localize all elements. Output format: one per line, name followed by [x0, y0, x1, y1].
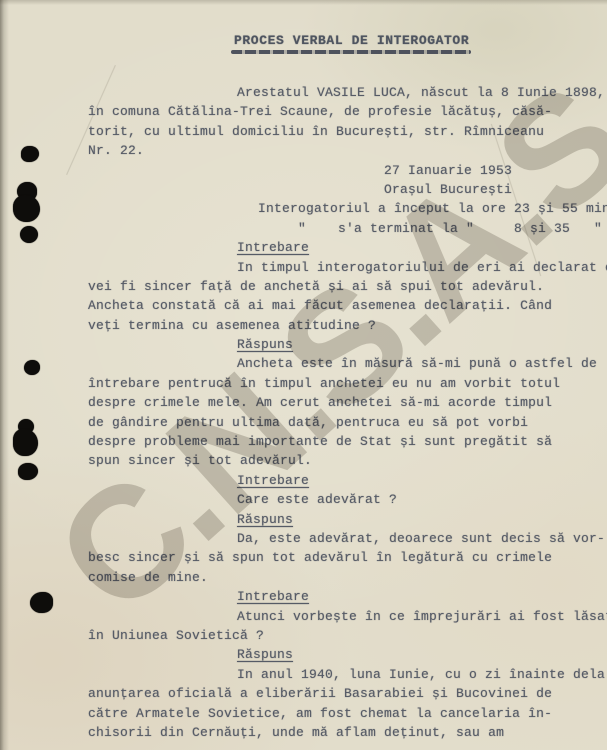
document-line: Orașul București [384, 180, 599, 199]
ink-blot [21, 146, 39, 162]
document-line: In timpul interogatoriului de eri ai dec… [237, 258, 599, 277]
document-title: PROCES VERBAL DE INTEROGATOR [234, 33, 469, 48]
document-line: despre crimele mele. Am cerut anchetei s… [88, 393, 599, 412]
document-line: Răspuns [237, 510, 599, 529]
document-line: în Uniunea Sovietică ? [88, 626, 599, 645]
document-line: chisorii din Cernăuți, unde mă aflam deț… [88, 723, 599, 742]
document-line: torit, cu ultimul domiciliu în București… [88, 122, 599, 141]
ink-blot [24, 360, 40, 375]
document-line: spun sincer și tot adevărul. [88, 451, 599, 470]
document-line: de gândire pentru ultima dată, pentruca … [88, 413, 599, 432]
ink-blot [13, 195, 40, 222]
document-line: Răspuns [237, 645, 599, 664]
document-line: Intrebare [237, 587, 599, 606]
document-line: Nr. 22. [88, 141, 599, 160]
document-line: 27 Ianuarie 1953 [384, 161, 599, 180]
document-line: către Armatele Sovietice, am fost chemat… [88, 704, 599, 723]
document-line: Răspuns [237, 335, 599, 354]
ink-blot [20, 226, 38, 243]
document-line: " s'a terminat la " 8 și 35 " [298, 219, 599, 238]
document-line: vei fi sincer față de anchetă și ai să s… [88, 277, 599, 296]
document-line: întrebare pentrucă în timpul anchetei eu… [88, 374, 599, 393]
document-line: Interogatoriul a început la ore 23 și 55… [258, 199, 599, 218]
document-line: în comuna Cătălina-Trei Scaune, de profe… [88, 102, 599, 121]
document-line: comise de mine. [88, 568, 599, 587]
document-body: Arestatul VASILE LUCA, născut la 8 Iunie… [88, 83, 599, 742]
document-line: despre probleme mai importante de Stat ș… [88, 432, 599, 451]
ink-blot [18, 463, 38, 480]
document-line: Intrebare [237, 471, 599, 490]
document-line: Ancheta constată că ai mai făcut asemene… [88, 296, 599, 315]
document-line: veți termina cu asemenea atitudine ? [88, 316, 599, 335]
ink-blot [13, 429, 38, 456]
title-underline [231, 50, 471, 54]
document-line: In anul 1940, luna Iunie, cu o zi înaint… [237, 665, 599, 684]
document-line: Arestatul VASILE LUCA, născut la 8 Iunie… [237, 83, 599, 102]
document-line: Da, este adevărat, deoarece sunt decis s… [237, 529, 599, 548]
ink-blot [30, 592, 53, 613]
document-line: Atunci vorbește în ce împrejurări ai fos… [237, 607, 599, 626]
document-line: Care este adevărat ? [237, 490, 599, 509]
scanned-document-page: PROCES VERBAL DE INTEROGATOR Arestatul V… [0, 0, 607, 750]
document-line: Intrebare [237, 238, 599, 257]
document-line: besc sincer și să spun tot adevărul în l… [88, 548, 599, 567]
document-line: Ancheta este în măsură să-mi pună o astf… [237, 354, 599, 373]
document-line: anunțarea oficială a eliberării Basarabi… [88, 684, 599, 703]
